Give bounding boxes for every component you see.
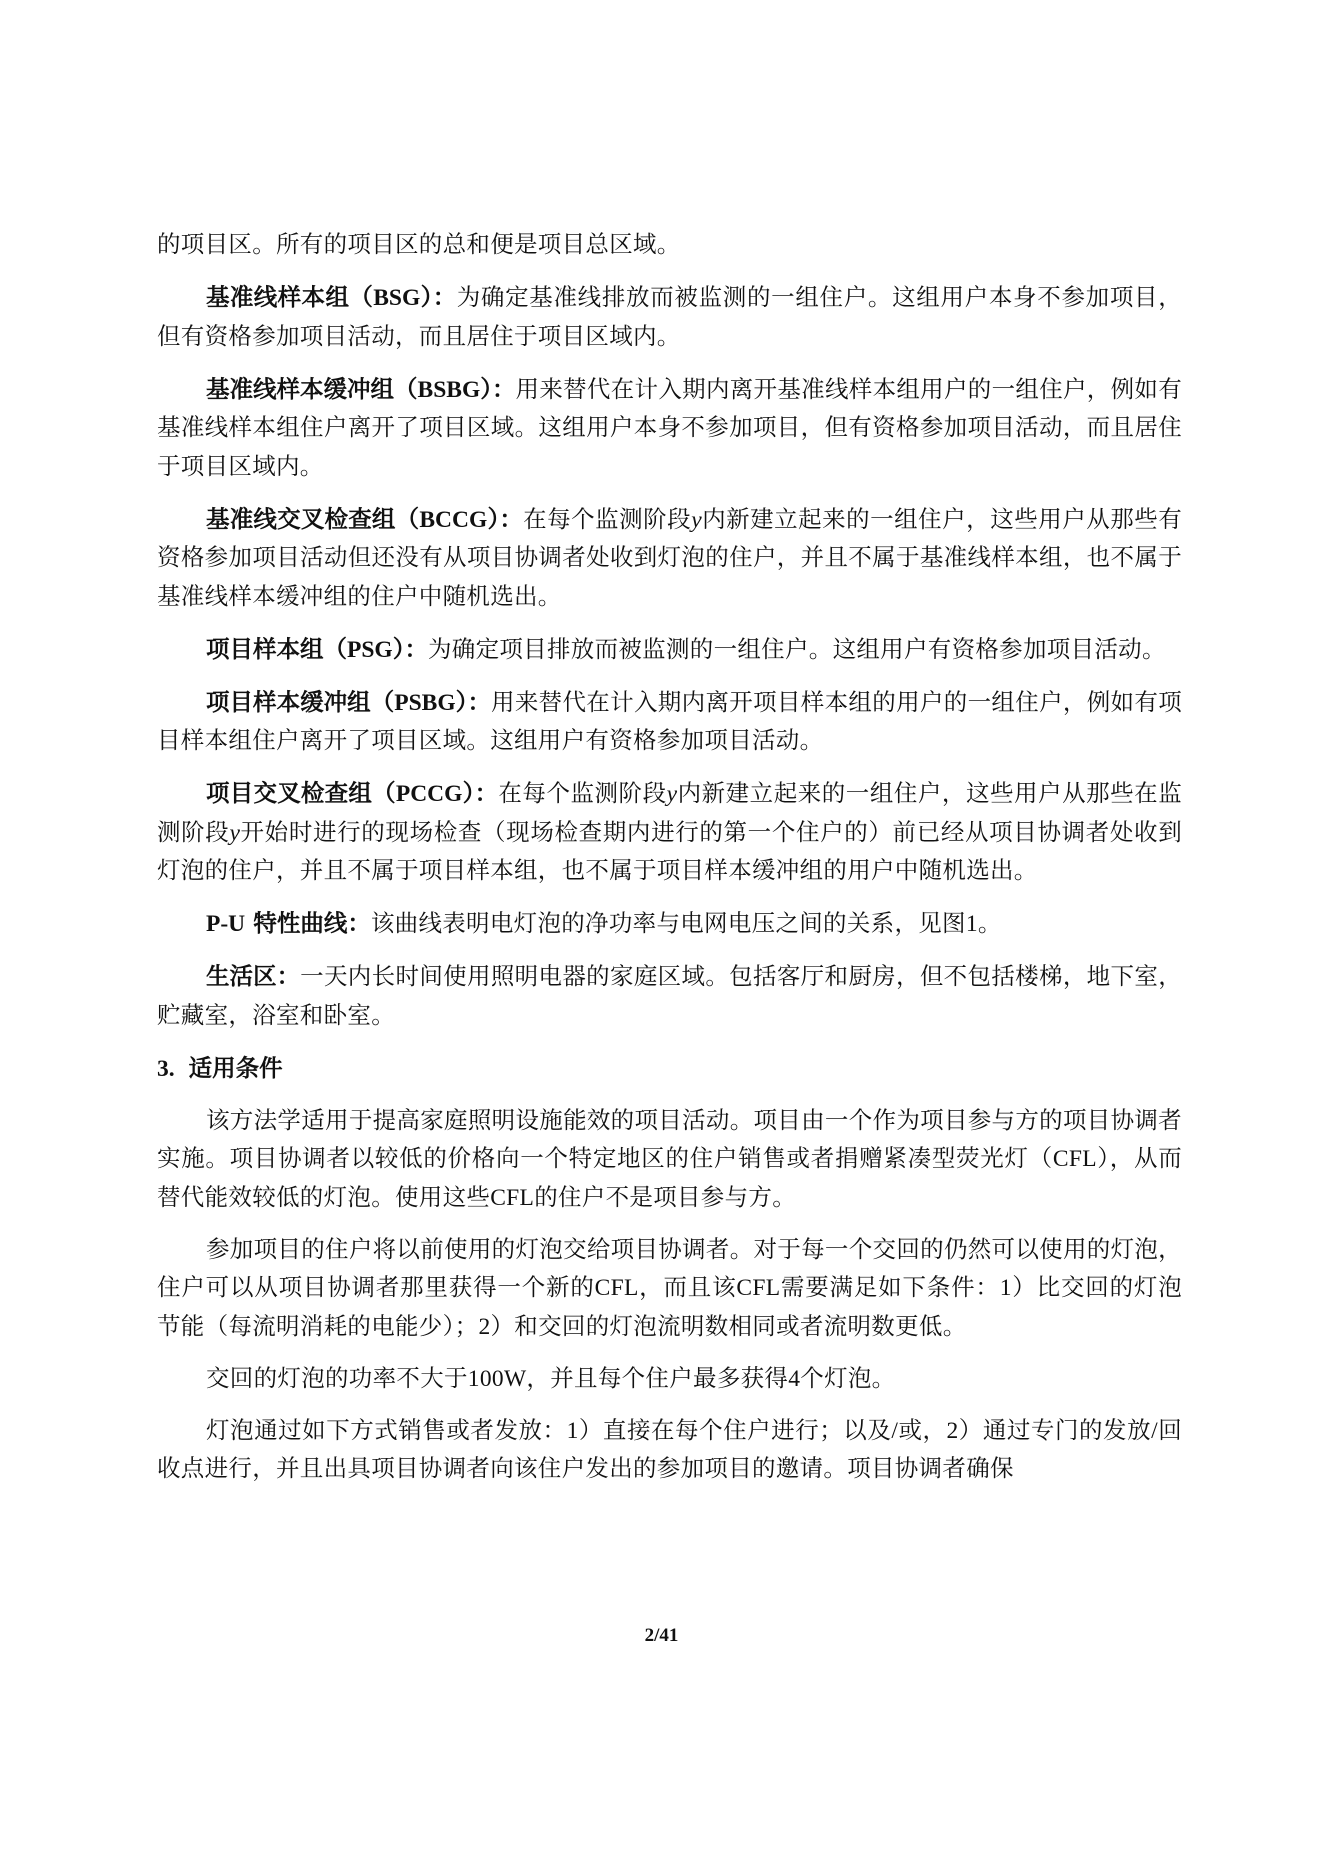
definition-pccg: 项目交叉检查组（PCCG）：在每个监测阶段y内新建立起来的一组住户，这些用户从那… — [157, 774, 1182, 891]
paragraph-applicability-1: 该方法学适用于提高家庭照明设施能效的项目活动。项目由一个作为项目参与方的项目协调… — [157, 1102, 1182, 1218]
definition-bccg: 基准线交叉检查组（BCCG）：在每个监测阶段y内新建立起来的一组住户，这些用户从… — [157, 500, 1182, 617]
section-heading: 3.适用条件 — [157, 1049, 1182, 1089]
definition-text: 该曲线表明电灯泡的净功率与电网电压之间的关系，见图1。 — [371, 911, 1002, 937]
definition-term: P-U 特性曲线： — [206, 909, 371, 937]
term-abbreviation: PSBG — [394, 690, 455, 716]
definition-term: 项目交叉检查组（PCCG）： — [206, 779, 498, 807]
term-abbreviation: BSBG — [418, 377, 481, 403]
paragraph-applicability-4: 灯泡通过如下方式销售或者发放：1）直接在每个住户进行；以及/或，2）通过专门的发… — [157, 1412, 1182, 1489]
definition-term: 基准线样本缓冲组（BSBG）： — [206, 375, 516, 403]
definition-text: 一天内长时间使用照明电器的家庭区域。包括客厅和厨房，但不包括楼梯，地下室，贮藏室… — [157, 964, 1182, 1029]
definition-psbg: 项目样本缓冲组（PSBG）：用来替代在计入期内离开项目样本组的用户的一组住户，例… — [157, 683, 1182, 761]
definition-living-area: 生活区：一天内长时间使用照明电器的家庭区域。包括客厅和厨房，但不包括楼梯，地下室… — [157, 957, 1182, 1035]
variable-y: y — [229, 820, 240, 846]
variable-y: y — [667, 781, 678, 807]
definition-text: 为确定项目排放而被监测的一组住户。这组用户有资格参加项目活动。 — [428, 637, 1166, 663]
definition-term: 基准线交叉检查组（BCCG）： — [206, 505, 523, 533]
definition-bsbg: 基准线样本缓冲组（BSBG）：用来替代在计入期内离开基准线样本组用户的一组住户，… — [157, 370, 1182, 487]
paragraph-text: 该方法学适用于提高家庭照明设施能效的项目活动。项目由一个作为项目参与方的项目协调… — [157, 1108, 1182, 1211]
definition-term: 项目样本组（PSG）： — [206, 635, 428, 663]
section-title: 适用条件 — [189, 1054, 283, 1082]
definition-term: 基准线样本组（BSG）： — [206, 283, 457, 311]
paragraph-text: 交回的灯泡的功率不大于100W，并且每个住户最多获得4个灯泡。 — [206, 1366, 895, 1392]
section-number: 3. — [157, 1056, 175, 1082]
definition-pu-curve: P-U 特性曲线：该曲线表明电灯泡的净功率与电网电压之间的关系，见图1。 — [157, 904, 1182, 944]
definition-bsg: 基准线样本组（BSG）：为确定基准线排放而被监测的一组住户。这组用户本身不参加项… — [157, 278, 1182, 356]
term-abbreviation: BSG — [373, 285, 420, 311]
definition-text: 在每个监测阶段 — [498, 781, 666, 807]
paragraph-project-area-total: 的项目区。所有的项目区的总和便是项目总区域。 — [157, 226, 1182, 265]
page-number: 2/41 — [0, 1625, 1323, 1647]
paragraph-text: 参加项目的住户将以前使用的灯泡交给项目协调者。对于每一个交回的仍然可以使用的灯泡… — [157, 1237, 1182, 1340]
paragraph-applicability-3: 交回的灯泡的功率不大于100W，并且每个住户最多获得4个灯泡。 — [157, 1360, 1182, 1399]
term-abbreviation: PSG — [347, 637, 393, 663]
definition-term: 项目样本缓冲组（PSBG）： — [206, 688, 491, 716]
term-abbreviation: P-U — [206, 911, 245, 937]
document-page: 的项目区。所有的项目区的总和便是项目总区域。 基准线样本组（BSG）：为确定基准… — [157, 226, 1182, 1502]
paragraph-text: 的项目区。所有的项目区的总和便是项目总区域。 — [157, 232, 681, 258]
definition-text: 在每个监测阶段 — [523, 507, 691, 533]
definition-psg: 项目样本组（PSG）：为确定项目排放而被监测的一组住户。这组用户有资格参加项目活… — [157, 630, 1182, 670]
variable-y: y — [691, 507, 702, 533]
paragraph-text: 灯泡通过如下方式销售或者发放：1）直接在每个住户进行；以及/或，2）通过专门的发… — [157, 1418, 1182, 1483]
term-abbreviation: PCCG — [396, 781, 463, 807]
definition-term: 生活区： — [206, 962, 300, 990]
paragraph-applicability-2: 参加项目的住户将以前使用的灯泡交给项目协调者。对于每一个交回的仍然可以使用的灯泡… — [157, 1231, 1182, 1347]
term-abbreviation: BCCG — [419, 507, 487, 533]
definition-text: 开始时进行的现场检查（现场检查期内进行的第一个住户的）前已经从项目协调者处收到灯… — [157, 820, 1182, 885]
